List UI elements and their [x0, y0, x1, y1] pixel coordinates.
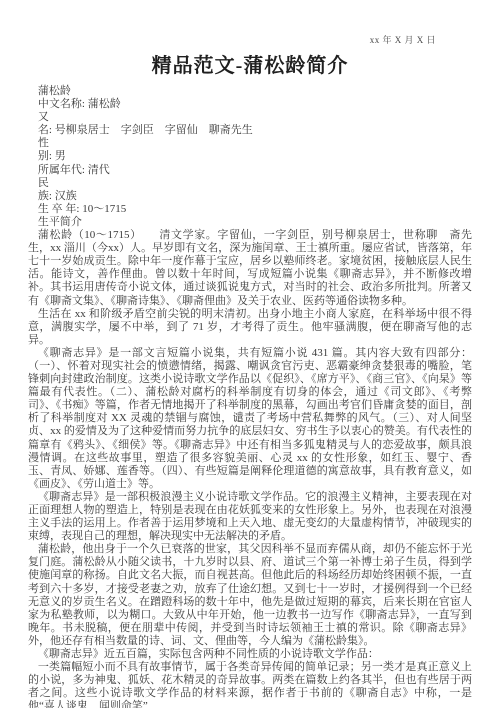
info-line-gender-label: 性	[28, 137, 472, 150]
document-body: 蒲松龄 中文名称: 蒲松龄 又 名: 号柳泉居士 字剑臣 字留仙 聊斋先生 性 …	[28, 85, 472, 708]
document-date: xx 年 X 月 X 日	[370, 33, 436, 46]
biography-paragraph: 《聊斋志异》近五百篇，实际包含两种不同性质的小说诗歌文学作品：	[28, 648, 472, 661]
info-line-ethnic-label: 民	[28, 177, 472, 190]
biography-paragraph: 生活在 xx 和阶级矛盾空前尖锐的明末清初。出身小地主小商人家庭，在科举场中很不…	[28, 308, 472, 347]
info-line-ethnic-value: 族: 汉族	[28, 190, 472, 203]
info-line-chinese-name: 中文名称: 蒲松龄	[28, 98, 472, 111]
info-line-alias-value: 名: 号柳泉居士 字剑臣 字留仙 聊斋先生	[28, 124, 472, 137]
document-page: xx 年 X 月 X 日 精品范文-蒲松龄简介 蒲松龄 中文名称: 蒲松龄 又 …	[0, 0, 500, 708]
info-line-name: 蒲松龄	[28, 85, 472, 98]
info-line-alias-label: 又	[28, 111, 472, 124]
info-line-gender-value: 别: 男	[28, 150, 472, 163]
biography-paragraph: 《聊斋志异》是一部积极浪漫主义小说诗歌文学作品。它的浪漫主义精神，主要表现在对正…	[28, 491, 472, 543]
biography-paragraph: 一类篇幅短小而不具有故事情节，属于各类奇异传闻的简单记录；另一类才是真正意义上的…	[28, 661, 472, 708]
info-line-era: 所属年代: 清代	[28, 164, 472, 177]
section-heading-biography: 生平简介	[28, 216, 472, 229]
biography-paragraph: 蒲松龄（10～1715） 清文学家。字留仙，一字剑臣，别号柳泉居士，世称聊 斋先…	[28, 229, 472, 308]
info-line-lifespan: 生 卒 年: 10～1715	[28, 203, 472, 216]
biography-paragraph: 《聊斋志异》是一部文言短篇小说集，共有短篇小说 431 篇。其内容大致有四部分：…	[28, 347, 472, 491]
biography-paragraph: 蒲松龄，他出身于一个久已衰落的世家，其父因科举不显而弃儒从商，却仍不能忘怀于光复…	[28, 543, 472, 648]
document-title: 精品范文-蒲松龄简介	[0, 49, 500, 78]
